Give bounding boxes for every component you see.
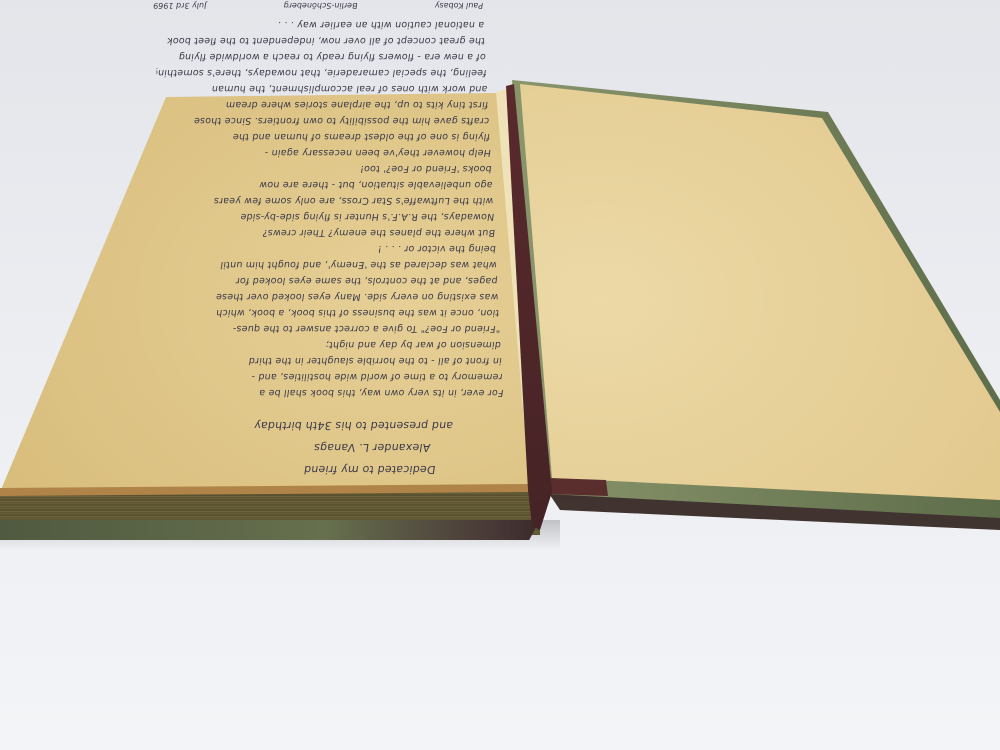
body-line: tion, once it was the business of this b… xyxy=(169,304,500,320)
body-line: being the victor or . . . ! xyxy=(165,240,496,256)
body-line: "Friend or Foe?" To give a correct answe… xyxy=(170,320,501,336)
dedication-line: Alexander L. Vanags xyxy=(176,436,455,458)
body-line: in front of all - to the horrible slaugh… xyxy=(171,352,502,368)
body-line: crafts gave him the possibility to own f… xyxy=(159,112,490,128)
body-line: with the Luftwaffe's Star Cross, are onl… xyxy=(163,192,494,208)
photo-scene: Dedicated to my friend Alexander L. Vana… xyxy=(0,0,1000,750)
signature-name: Paul Kobasy xyxy=(435,1,484,10)
signature-date: July 3rd 1969 xyxy=(153,1,207,10)
body-line: a national caution with an earlier way .… xyxy=(154,16,485,32)
signature-place: Berlin-Schöneberg xyxy=(283,1,357,10)
body-line: pages, and at the controls, the same eye… xyxy=(167,272,498,288)
dedication-body: For ever, in its very own way, this book… xyxy=(154,16,504,400)
body-line: Help however they've been necessary agai… xyxy=(160,144,491,160)
dedication-line: Dedicated to my friend xyxy=(177,458,456,480)
body-line: Nowadays, the R.A.F.'s Hunter is flying … xyxy=(164,208,495,224)
body-line: the great concept of all over now, indep… xyxy=(154,32,485,48)
body-line: and work with ones of real accomplishmen… xyxy=(157,80,488,96)
dedication-line: and presented to his 34th birthday xyxy=(174,414,453,436)
body-line: of a new era - flowers flying ready to r… xyxy=(155,48,486,64)
body-line: dimension of war by day and night; xyxy=(170,336,501,352)
body-line: ago unbelievable situation, but - there … xyxy=(162,176,493,192)
body-line: flying is one of the oldest dreams of hu… xyxy=(160,128,491,144)
dedication-block: Dedicated to my friend Alexander L. Vana… xyxy=(174,414,507,480)
body-line: books 'Friend or Foe?' too! xyxy=(161,160,492,176)
handwritten-dedication: Dedicated to my friend Alexander L. Vana… xyxy=(158,100,508,480)
body-line: rememory to a time of world wide hostili… xyxy=(172,368,503,384)
body-line: feeling, the special camaraderie, that n… xyxy=(156,64,487,80)
body-line: For ever, in its very own way, this book… xyxy=(173,384,504,400)
body-line: first tiny kits to up, the airplane stor… xyxy=(158,96,489,112)
body-line: what was declared as the 'Enemy', and fo… xyxy=(166,256,497,272)
body-line: But where the planes the enemy? Their cr… xyxy=(165,224,496,240)
left-board-edge xyxy=(0,520,540,540)
body-line: was existing on every side. Many eyes lo… xyxy=(168,288,499,304)
signature-line: Paul Kobasy Berlin-Schöneberg July 3rd 1… xyxy=(153,1,483,10)
